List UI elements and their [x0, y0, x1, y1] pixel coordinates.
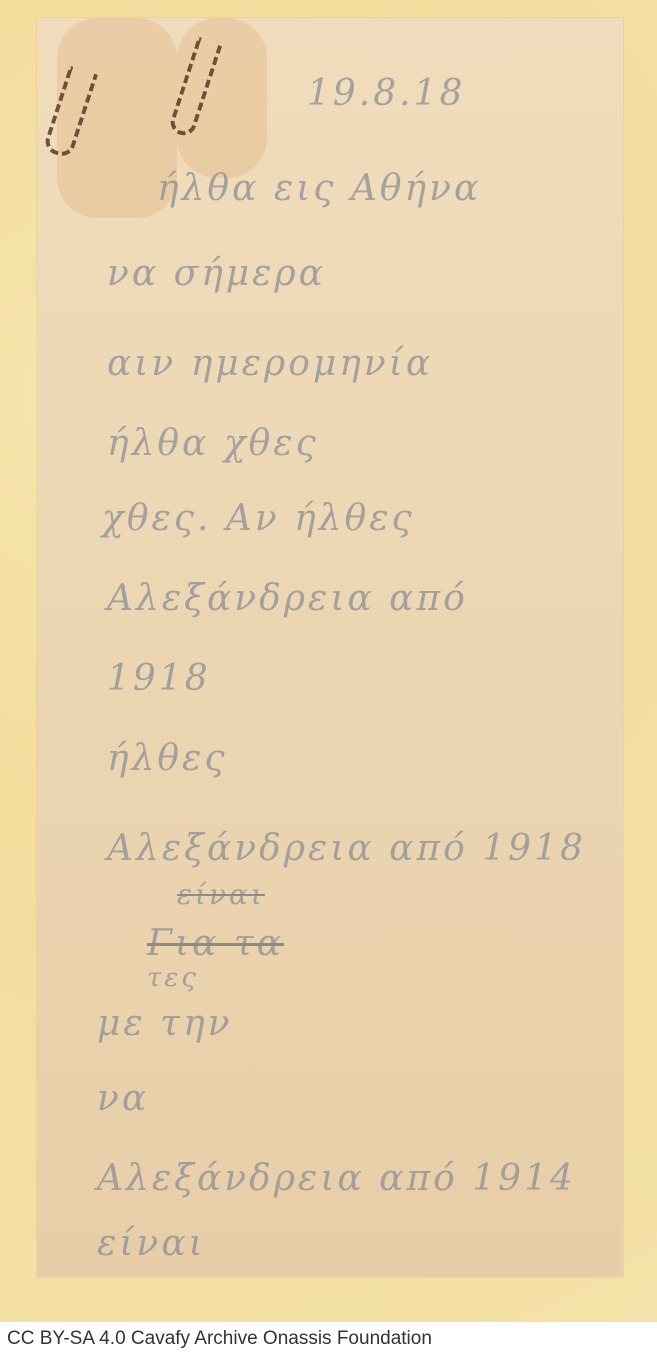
text-line: ήλθα εις Αθήνα	[157, 168, 657, 209]
text-line: 1918	[107, 658, 657, 699]
text-line: Αλεξάνδρεια από 1918	[107, 828, 657, 869]
text-line: να	[97, 1078, 657, 1119]
struck-text-line: είναι	[177, 878, 657, 911]
date-line: 19.8.18	[307, 73, 657, 114]
text-line: ήλθες	[107, 738, 657, 779]
text-line: με την	[97, 1003, 657, 1044]
text-line: τες	[147, 963, 657, 993]
text-line: να σήμερα	[107, 253, 657, 294]
text-line: Αλεξάνδρεια από 1914	[97, 1158, 657, 1199]
text-line: χθες. Αν ήλθες	[102, 498, 657, 539]
text-line: ήλθα χθες	[107, 423, 657, 464]
text-line: Αλεξάνδρεια από	[107, 578, 657, 619]
manuscript-page: 19.8.18 ήλθα εις Αθήνα να σήμερα αιν ημε…	[37, 18, 623, 1277]
struck-text-line: Για τα	[147, 923, 657, 964]
text-line: είναι	[97, 1223, 657, 1264]
license-caption: CC BY-SA 4.0 Cavafy Archive Onassis Foun…	[7, 1328, 432, 1350]
text-line: αιν ημερομηνία	[107, 343, 657, 384]
